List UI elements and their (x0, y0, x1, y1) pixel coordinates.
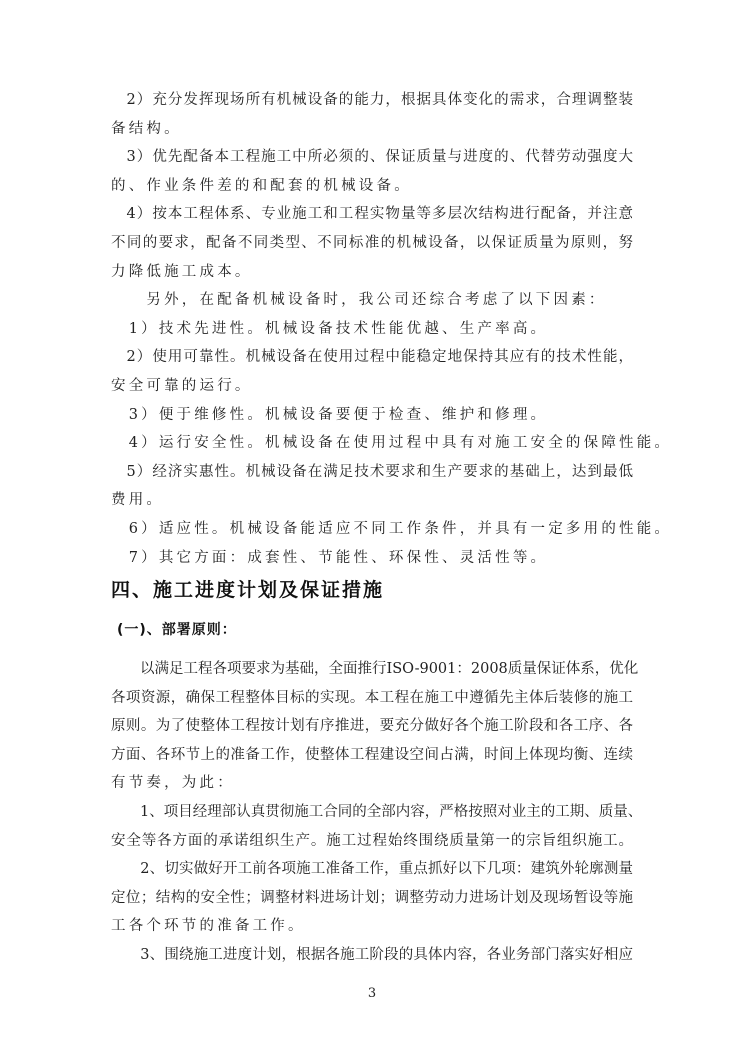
text-line: 2）充分发挥现场所有机械设备的能力，根据具体变化的需求，合理调整装 (111, 90, 633, 110)
text-line: 3、围绕施工进度计划，根据各施工阶段的具体内容，各业务部门落实好相应 (111, 945, 633, 965)
text-line: 2、切实做好开工前各项施工准备工作，重点抓好以下几项：建筑外轮廓测量 (111, 859, 633, 879)
text-line: 的、作业条件差的和配套的机械设备。 (111, 176, 633, 196)
section-heading: 四、施工进度计划及保证措施 (111, 575, 384, 602)
text-line: 2）使用可靠性。机械设备在使用过程中能稳定地保持其应有的技术性能， (111, 347, 633, 367)
text-line: 定位；结构的安全性；调整材料进场计划；调整劳动力进场计划及现场暂设等施 (111, 888, 633, 908)
text-line: 费用。 (111, 490, 633, 510)
text-line: 4）运行安全性。机械设备在使用过程中具有对施工安全的保障性能。 (111, 433, 633, 453)
text-line: 工各个环节的准备工作。 (111, 916, 633, 936)
text-line: 各项资源，确保工程整体目标的实现。本工程在施工中遵循先主体后装修的施工 (111, 688, 633, 708)
page-number: 3 (0, 986, 744, 1001)
text-line: 另外，在配备机械设备时，我公司还综合考虑了以下因素： (111, 290, 633, 310)
text-line: 有节奏，为此： (111, 773, 633, 793)
text-line: 3）便于维修性。机械设备要便于检查、维护和修理。 (111, 405, 633, 425)
document-page: 2）充分发挥现场所有机械设备的能力，根据具体变化的需求，合理调整装备结构。 3）… (0, 0, 744, 1052)
text-line: 4）按本工程体系、专业施工和工程实物量等多层次结构进行配备，并注意 (111, 204, 633, 224)
text-line: 安全可靠的运行。 (111, 376, 633, 396)
text-line: 3）优先配备本工程施工中所必须的、保证质量与进度的、代替劳动强度大 (111, 147, 633, 167)
text-line: 以满足工程各项要求为基础，全面推行ISO-9001：2008质量保证体系，优化 (111, 659, 633, 679)
text-line: 6）适应性。机械设备能适应不同工作条件，并具有一定多用的性能。 (111, 519, 633, 539)
text-line: 5）经济实惠性。机械设备在满足技术要求和生产要求的基础上，达到最低 (111, 462, 633, 482)
text-line: 安全等各方面的承诺组织生产。施工过程始终围绕质量第一的宗旨组织施工。 (111, 831, 633, 851)
text-line: 1）技术先进性。机械设备技术性能优越、生产率高。 (111, 319, 633, 339)
text-line: 力降低施工成本。 (111, 262, 633, 282)
text-line: 原则。为了使整体工程按计划有序推进，要充分做好各个施工阶段和各工序、各 (111, 716, 633, 736)
text-line: 1、项目经理部认真贯彻施工合同的全部内容，严格按照对业主的工期、质量、 (111, 802, 633, 822)
text-line: 不同的要求，配备不同类型、不同标准的机械设备，以保证质量为原则，努 (111, 233, 633, 253)
subsection-heading: (一)、部署原则： (117, 619, 237, 639)
text-line: 方面、各环节上的准备工作，使整体工程建设空间占满，时间上体现均衡、连续 (111, 745, 633, 765)
text-line: 备结构。 (111, 119, 633, 139)
text-line: 7）其它方面：成套性、节能性、环保性、灵活性等。 (111, 548, 633, 568)
